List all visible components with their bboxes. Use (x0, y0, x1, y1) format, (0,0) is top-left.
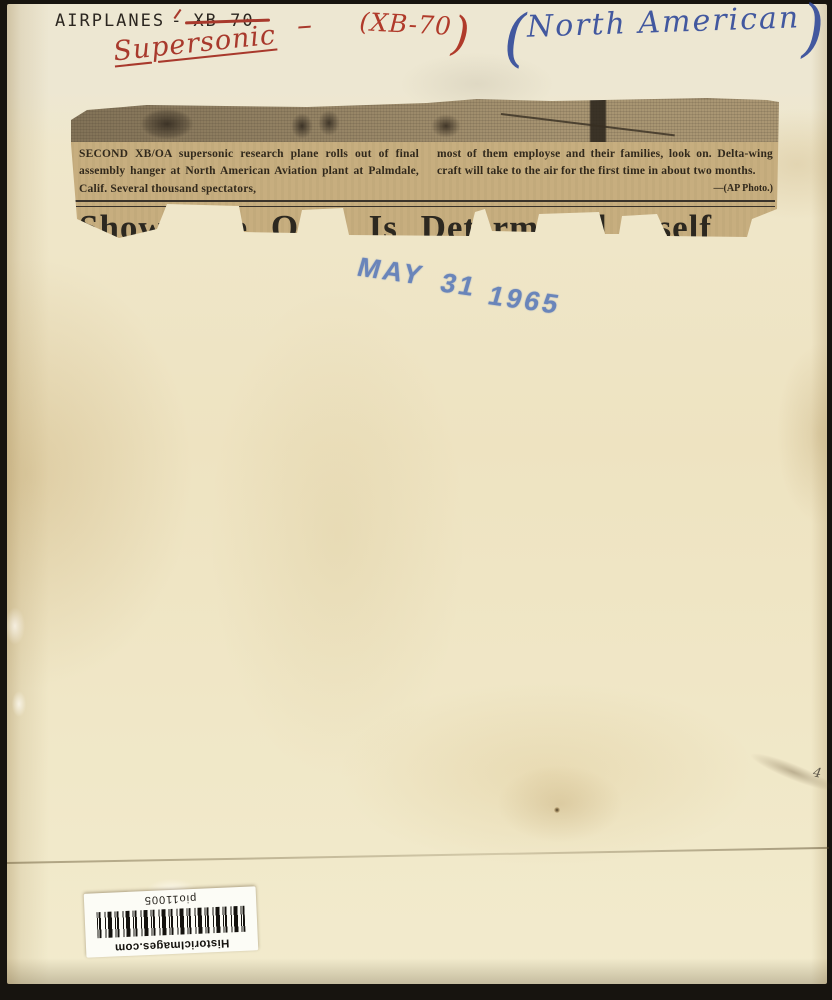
barcode-bars (97, 906, 246, 938)
caption-double-rule (73, 200, 775, 207)
aged-photo-paper: AIRPLANES-XB-70 Supersonic – (XB-70) (No… (7, 4, 827, 984)
handwritten-north-american: (North American) (502, 0, 826, 75)
horizontal-crease-line (7, 847, 829, 864)
barcode-label: HistoricImages.com pio11005 (84, 886, 259, 957)
stamp-year: 1965 (484, 281, 564, 321)
caption-right-text: most of them employse and their families… (437, 148, 773, 177)
handwritten-xb70-paren: ) (450, 6, 472, 61)
photo-diagonal-line (501, 113, 675, 136)
barcode-id-text: pio11005 (144, 892, 197, 906)
clipping-caption: SECOND XB/OA supersonic research plane r… (79, 146, 773, 198)
stamp-day: 31 (436, 268, 480, 303)
clipping-halftone-photo-strip (71, 96, 779, 142)
caption-right-column: most of them employse and their families… (437, 146, 773, 198)
caption-left-column: SECOND XB/OA supersonic research plane r… (79, 146, 419, 198)
stamp-month: MAY (354, 252, 429, 291)
blue-close-paren: ) (799, 0, 826, 64)
newspaper-clipping: SECOND XB/OA supersonic research plane r… (71, 96, 779, 242)
torn-headline-letter-tops: Show The OAS Is Determined Itself (79, 208, 712, 248)
blue-open-paren: ( (502, 1, 529, 75)
handwritten-xb70-text: (XB-70 (359, 7, 453, 41)
caption-photo-credit: —(AP Photo.) (714, 181, 773, 196)
blue-annotation-text: North American (526, 0, 800, 45)
typed-subject: AIRPLANES (55, 11, 165, 31)
handwritten-xb70-red: (XB-70) (358, 1, 472, 61)
barcode-site-text: HistoricImages.com (114, 936, 229, 953)
typed-separator: - (171, 11, 183, 31)
photo-back-scan: AIRPLANES-XB-70 Supersonic – (XB-70) (No… (0, 0, 832, 1000)
date-stamp: MAY311965 (356, 252, 565, 311)
handwritten-red-dash: – (296, 8, 313, 44)
